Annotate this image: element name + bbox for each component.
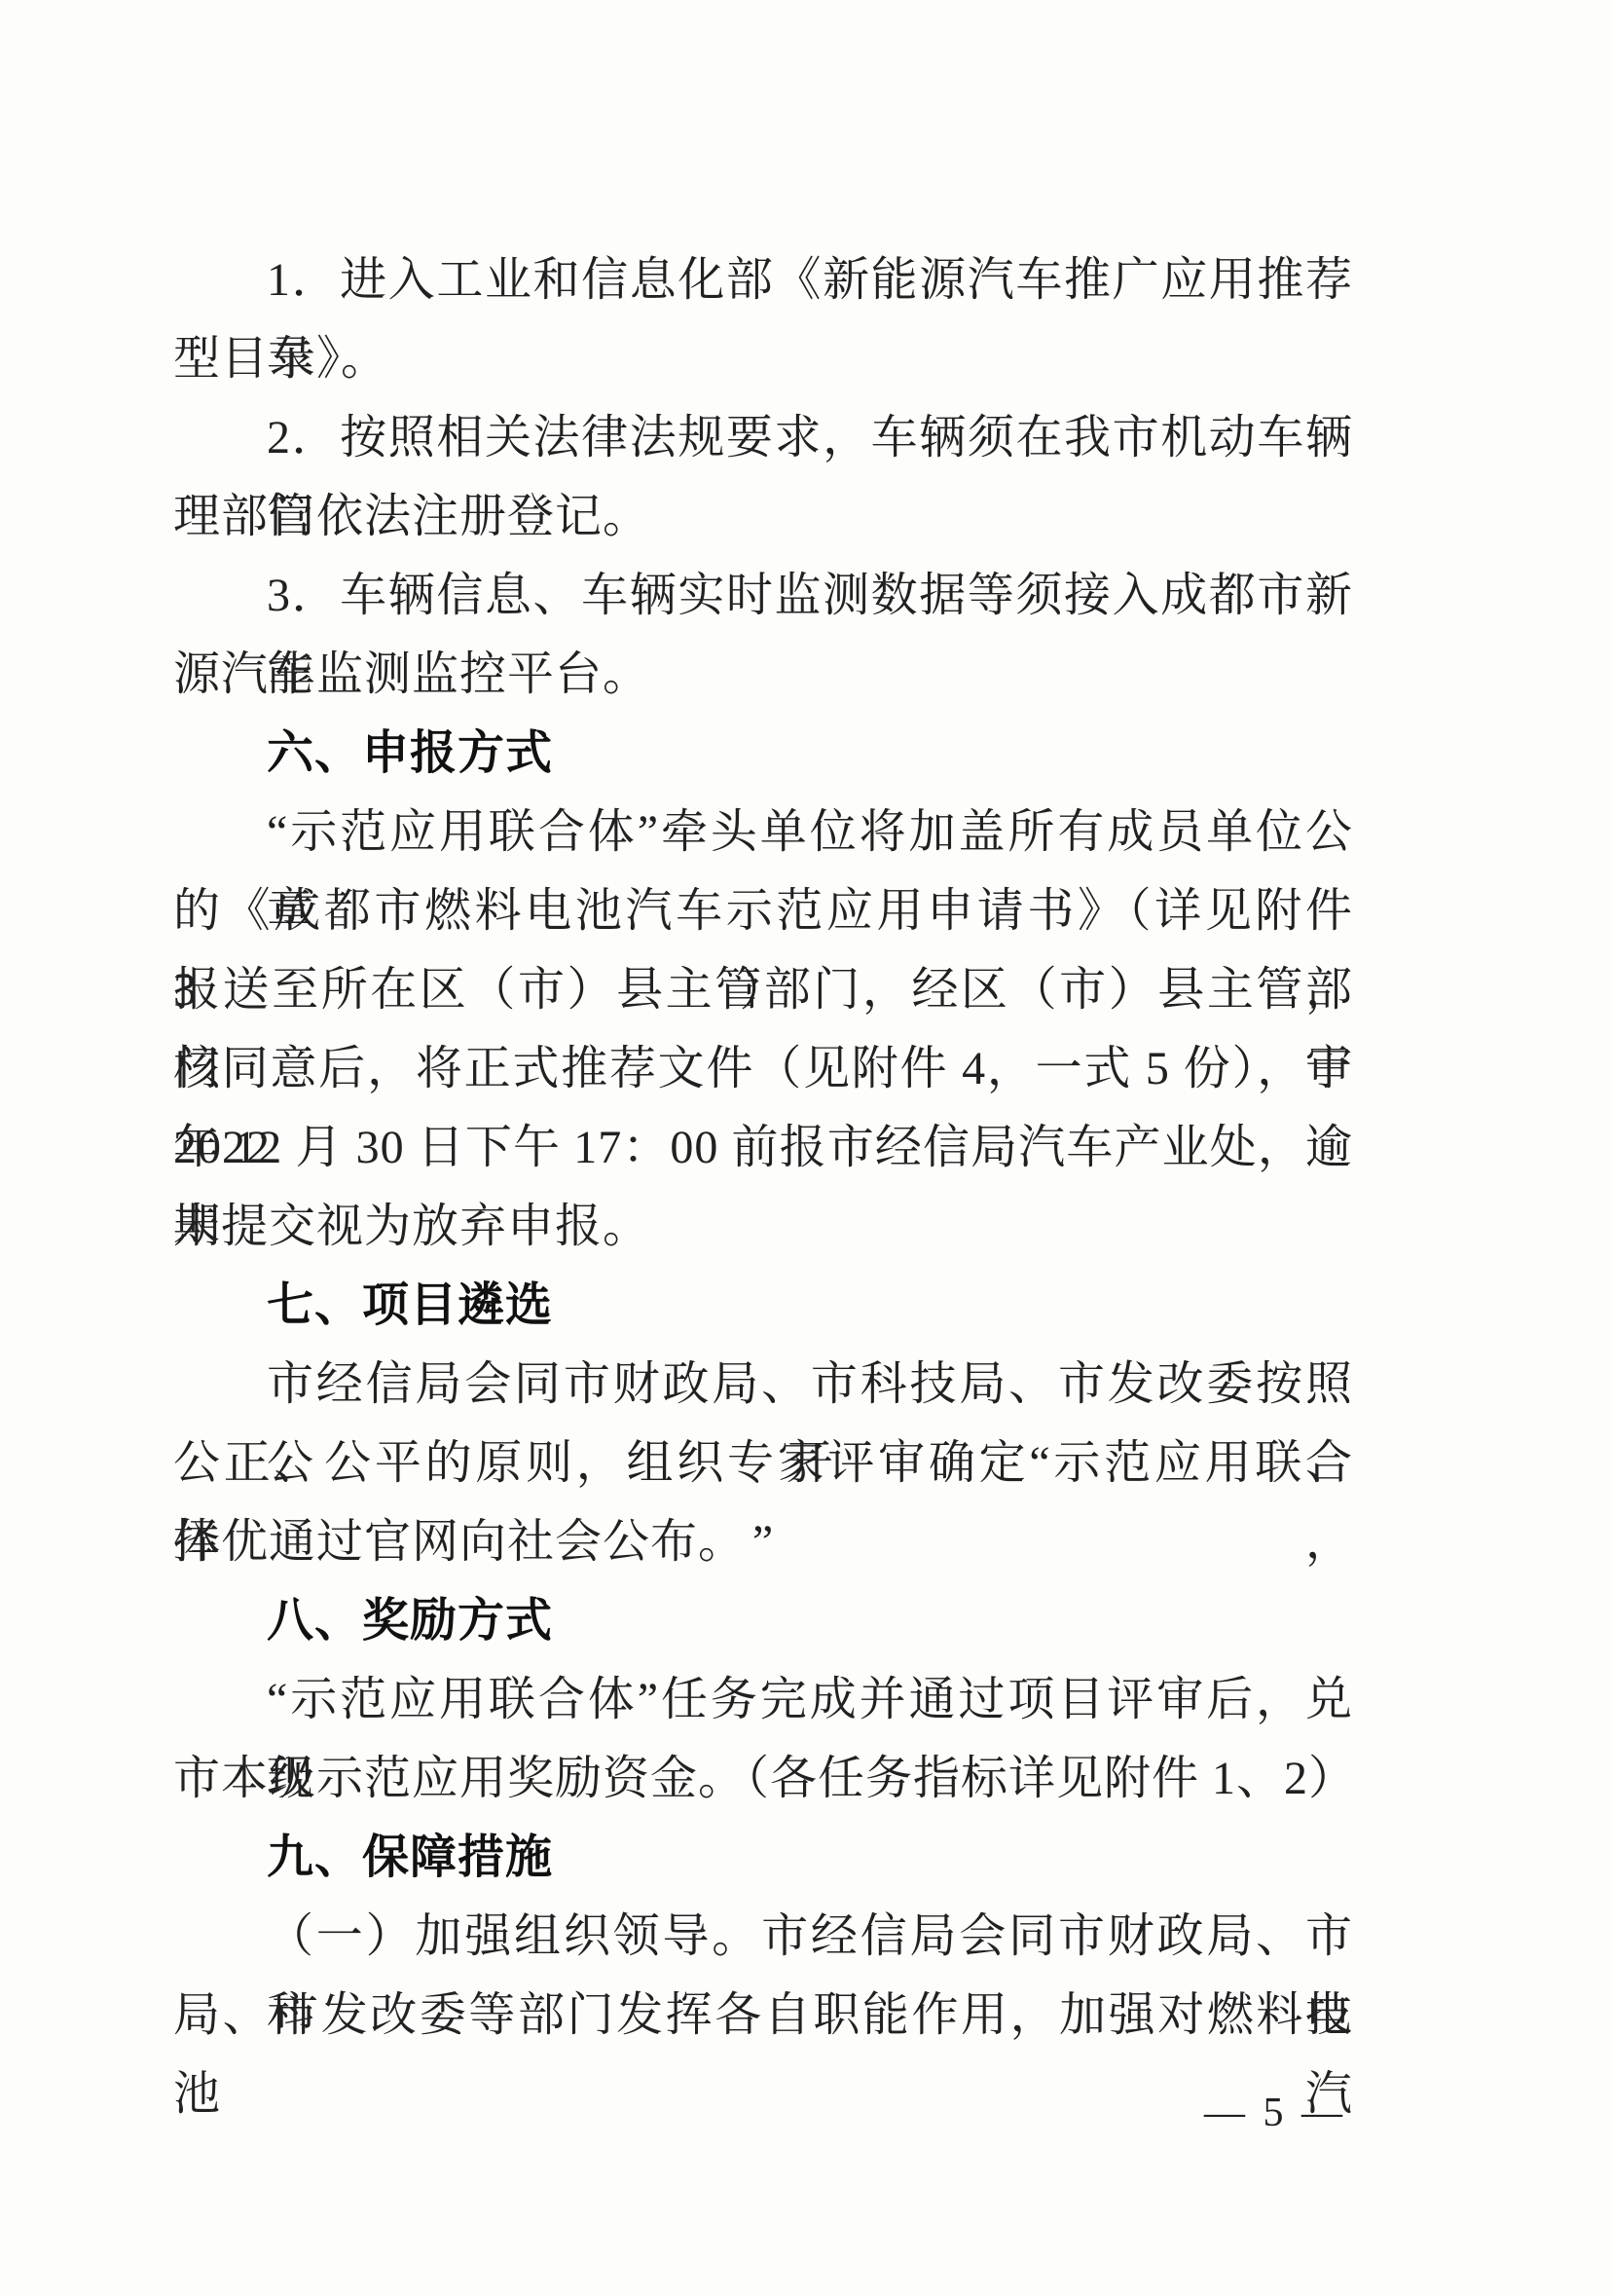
text-line: （一）加强组织领导。市经信局会同市财政局、市科技 (173, 1897, 1353, 1976)
text-line: 源汽车监测监控平台。 (173, 635, 1353, 714)
text-line: 局、市发改委等部门发挥各自职能作用，加强对燃料电池汽 (173, 1976, 1353, 2055)
text-line: 市经信局会同市财政局、市科技局、市发改委按照公开、 (173, 1345, 1353, 1424)
document-body: 1．进入工业和信息化部《新能源汽车推广应用推荐车 型目录》。 2．按照相关法律法… (173, 241, 1353, 2055)
text-line: 市本级示范应用奖励资金。（各任务指标详见附件 1、2） (173, 1739, 1353, 1818)
section-heading: 九、保障措施 (173, 1818, 1353, 1897)
section-heading: 八、奖励方式 (173, 1581, 1353, 1660)
text-line: 2．按照相关法律法规要求，车辆须在我市机动车辆管 (173, 398, 1353, 477)
text-line: 3．车辆信息、车辆实时监测数据等须接入成都市新能 (173, 556, 1353, 635)
text-line: 报送至所在区（市）县主管部门，经区（市）县主管部门审 (173, 950, 1353, 1029)
text-line: 的《成都市燃料电池汽车示范应用申请书》（详见附件 3）， (173, 871, 1353, 950)
text-line: 理部门依法注册登记。 (173, 477, 1353, 556)
text-line: 年 12 月 30 日下午 17：00 前报市经信局汽车产业处，逾期 (173, 1108, 1353, 1187)
text-line: 核同意后，将正式推荐文件（见附件 4，一式 5 份），于 2022 (173, 1029, 1353, 1108)
document-page: 1．进入工业和信息化部《新能源汽车推广应用推荐车 型目录》。 2．按照相关法律法… (0, 0, 1611, 2296)
section-heading: 六、申报方式 (173, 714, 1353, 793)
section-heading: 七、项目遴选 (173, 1266, 1353, 1345)
text-line: “示范应用联合体”牵头单位将加盖所有成员单位公章 (173, 793, 1353, 871)
text-line: 未提交视为放弃申报。 (173, 1187, 1353, 1266)
text-line: 1．进入工业和信息化部《新能源汽车推广应用推荐车 (173, 241, 1353, 319)
text-line: 公正、公平的原则，组织专家评审确定“示范应用联合体”， (173, 1424, 1353, 1502)
text-line: 型目录》。 (173, 319, 1353, 398)
text-line: “示范应用联合体”任务完成并通过项目评审后，兑现 (173, 1660, 1353, 1739)
page-number: — 5 — (1204, 2084, 1346, 2142)
